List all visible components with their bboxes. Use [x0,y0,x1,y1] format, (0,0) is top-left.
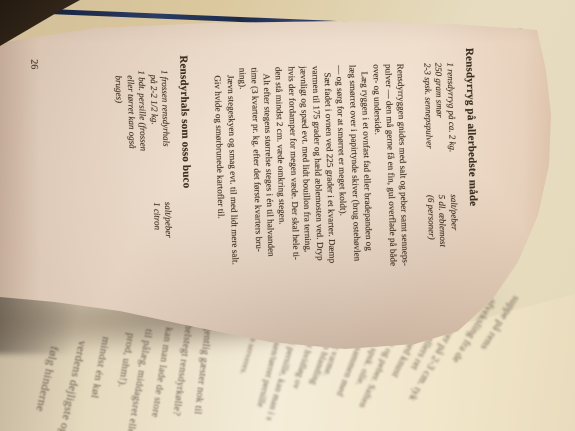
ingredient-line: (6 personer) [424,195,437,248]
page-content: Rensdyrryg på allerbedste måde 1 rensdyr… [6,14,524,344]
book-photo: egentlig gæster nok til helstegt rensdyr… [0,0,575,431]
recipe-title: Rensdyrhals som osso buco [176,55,196,311]
ingredient-line: 5 dl. æblemost [436,195,449,248]
ingredient-line: 1 citron [150,202,162,238]
recipe-title: Rensdyrryg på allerbedste måde [462,48,482,304]
ingredient-block: 1 rensdyrryg på ca. 2 kg. 250 gram smør … [421,62,462,305]
page-number: 26 [28,59,39,69]
ingredient-line: salt/peber [162,202,174,238]
ingredient-block: 1 frossen rensdyrhals på 2-2 1/2 kg. 1 b… [112,70,176,313]
recipe-body: Rensdyrryggen gnides med salt og peber s… [212,64,414,311]
ingredient-line: salt/peber [447,194,460,247]
